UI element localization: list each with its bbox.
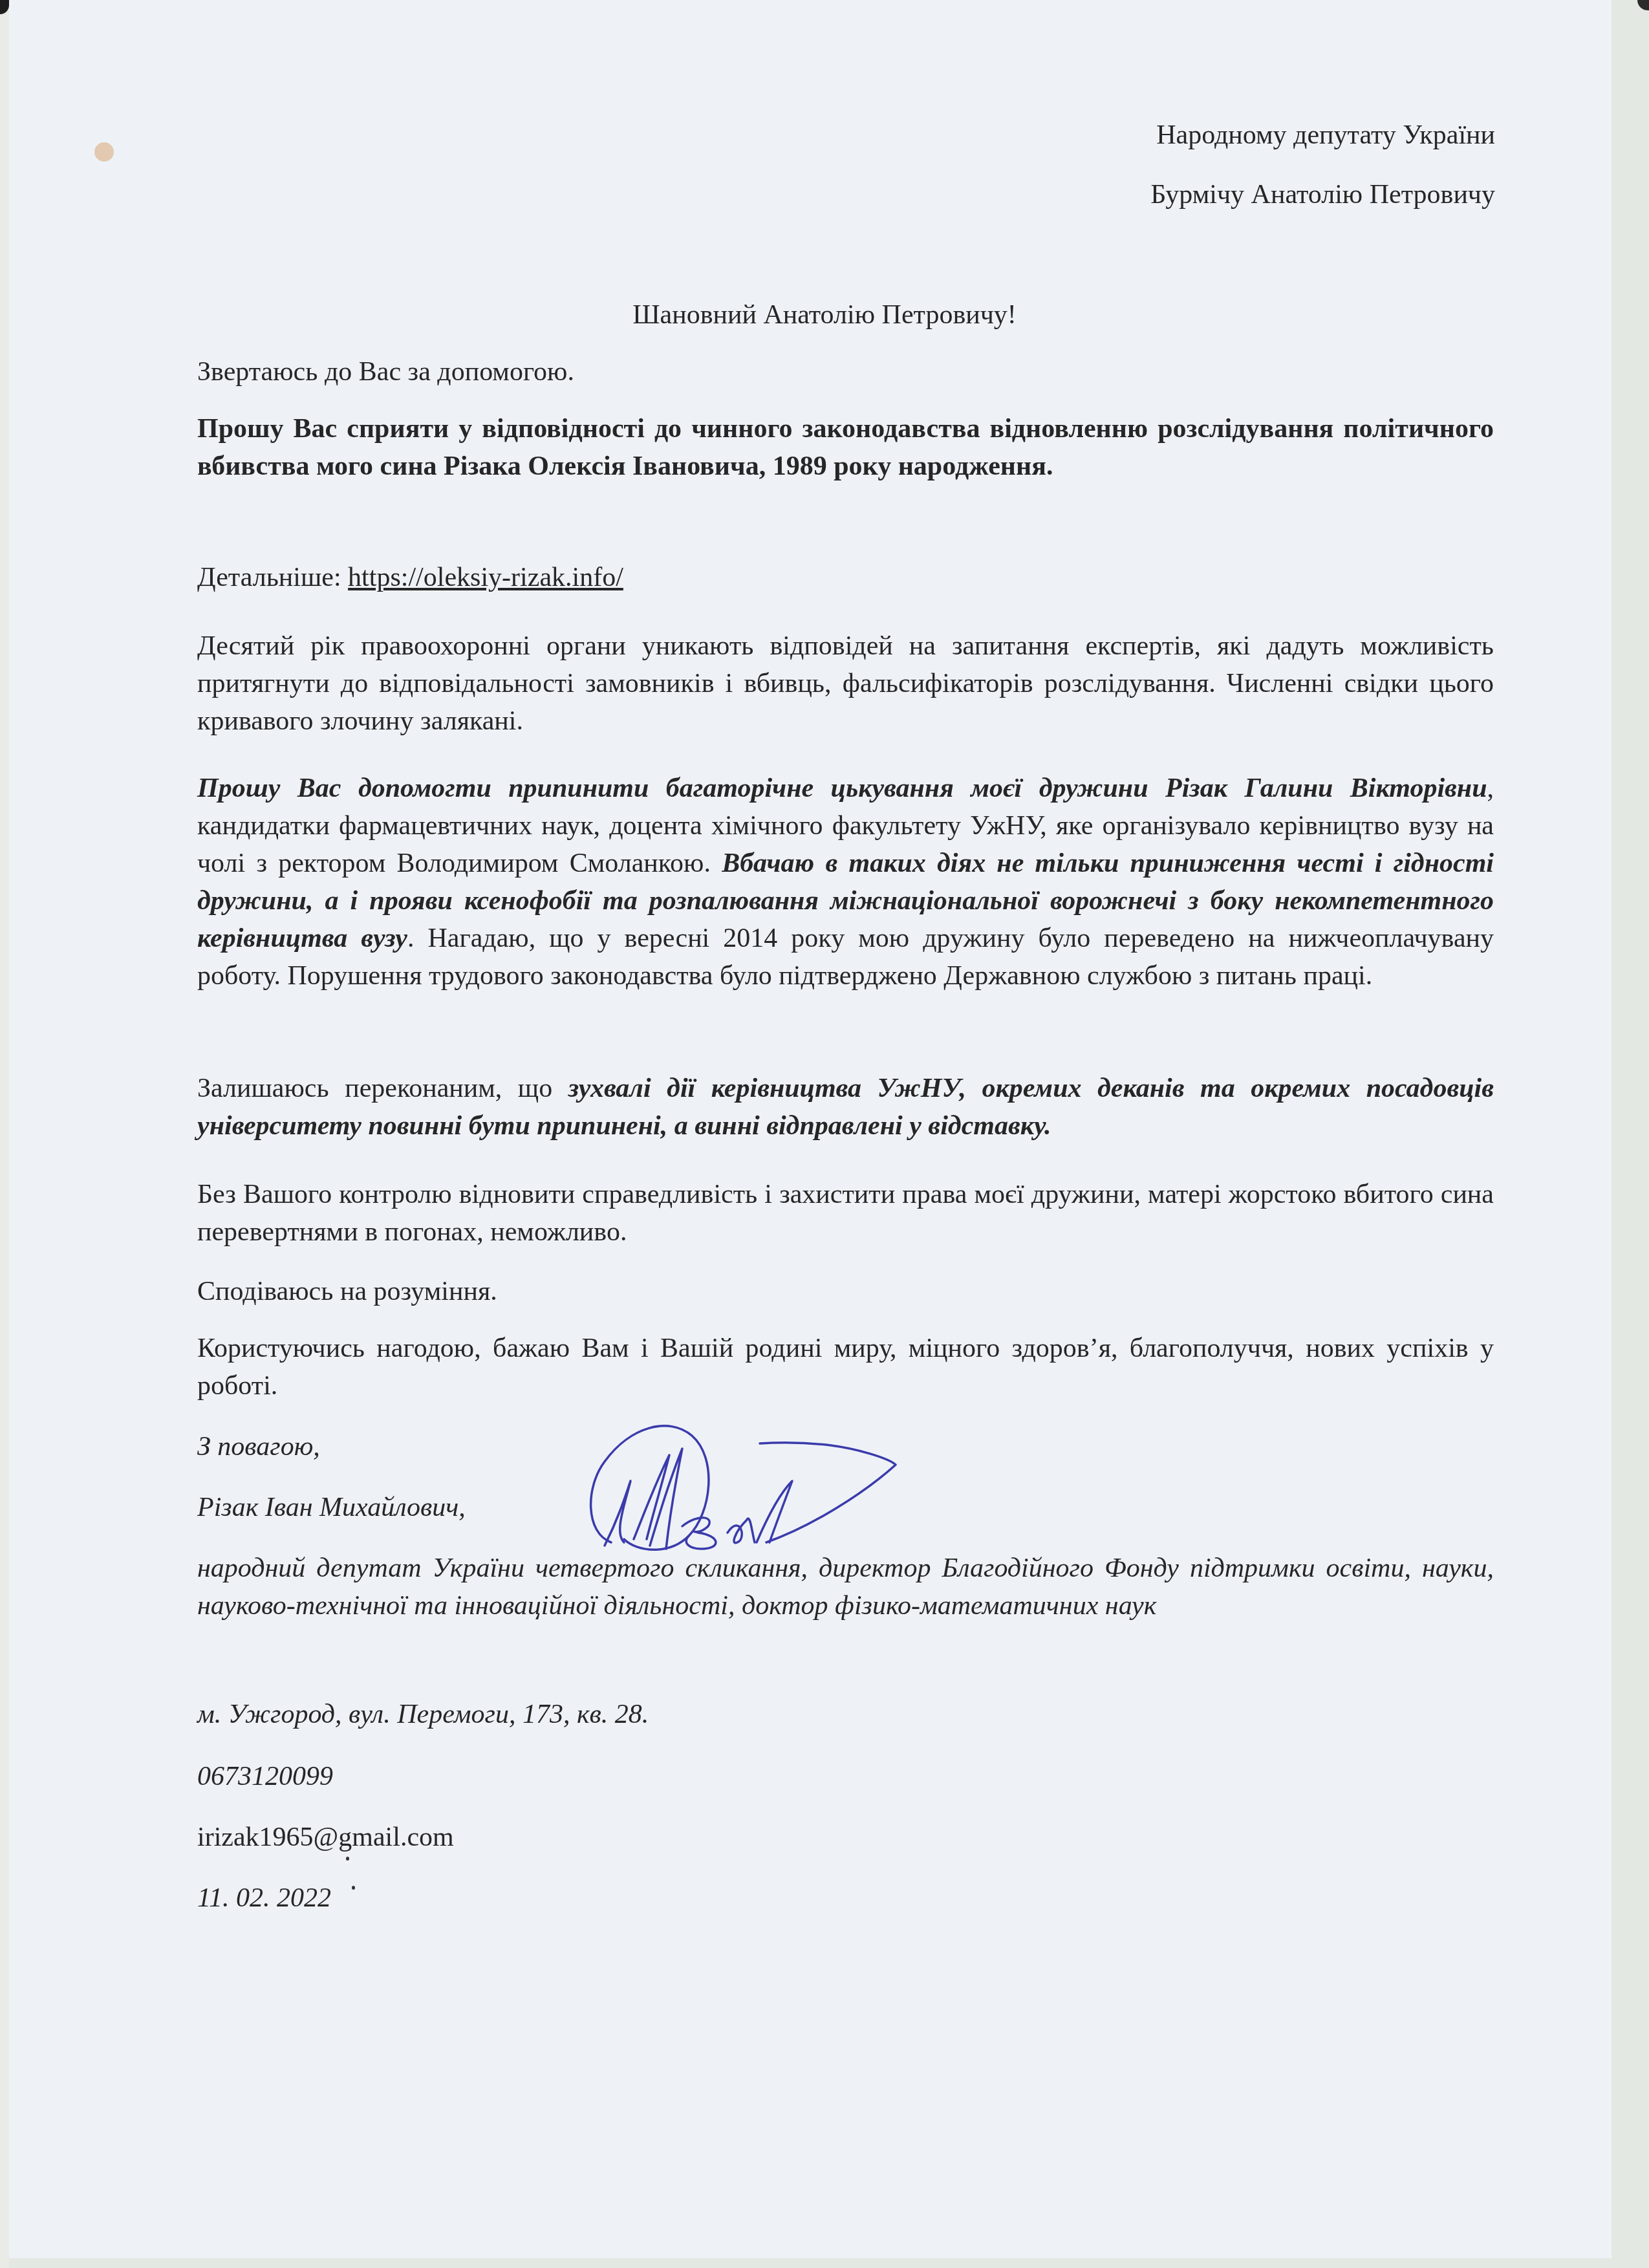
paper-speck bbox=[346, 1857, 349, 1861]
wife-request-emphasis: Прошу Вас допомогти припинити багаторічн… bbox=[197, 773, 1487, 803]
control-text: Без Вашого контролю відновити справедлив… bbox=[197, 1176, 1494, 1251]
signer-email: irizak1965@gmail.com bbox=[197, 1819, 1494, 1856]
scan-edge bbox=[0, 0, 9, 2268]
letter-body: Звертаюсь до Вас за допомогою. bbox=[197, 353, 1494, 391]
details-link[interactable]: https://oleksiy-rizak.info/ bbox=[348, 563, 623, 592]
letter-date: 11. 02. 2022 bbox=[197, 1879, 1494, 1917]
phone-block: 0673120099 bbox=[197, 1758, 1494, 1795]
address-block: м. Ужгород, вул. Перемоги, 173, кв. 28. bbox=[197, 1696, 1494, 1733]
signer-title: народний депутат України четвертого скли… bbox=[197, 1550, 1494, 1625]
paper-stain bbox=[94, 142, 114, 162]
investigation-text: Десятий рік правоохоронні органи уникают… bbox=[197, 627, 1494, 740]
control-paragraph: Без Вашого контролю відновити справедлив… bbox=[197, 1176, 1494, 1251]
addressee-line-1: Народному депутату України bbox=[1156, 116, 1495, 154]
addressee-line-2: Бурмічу Анатолію Петровичу bbox=[1150, 176, 1495, 213]
investigation-paragraph: Десятий рік правоохоронні органи уникают… bbox=[197, 627, 1494, 740]
request-paragraph: Прошу Вас сприяти у відповідності до чин… bbox=[197, 410, 1494, 485]
scan-corner-shadow bbox=[1637, 0, 1649, 10]
salutation: Шановний Анатолію Петровичу! bbox=[0, 296, 1649, 334]
hope-text: Сподіваюсь на розуміння. bbox=[197, 1273, 1494, 1310]
hope-paragraph: Сподіваюсь на розуміння. bbox=[197, 1273, 1494, 1310]
signer-title-block: народний депутат України четвертого скли… bbox=[197, 1550, 1494, 1625]
convinced-paragraph: Залишаюсь переконаним, що зухвалі дії ке… bbox=[197, 1070, 1494, 1145]
handwritten-signature bbox=[585, 1410, 1219, 1559]
convinced-text: Залишаюсь переконаним, що bbox=[197, 1074, 568, 1103]
wife-paragraph: Прошу Вас допомогти припинити багаторічн… bbox=[197, 770, 1494, 995]
wishes-text: Користуючись нагодою, бажаю Вам і Вашій … bbox=[197, 1330, 1494, 1405]
intro-paragraph: Звертаюсь до Вас за допомогою. bbox=[197, 353, 1494, 391]
details-paragraph: Детальніше: https://oleksiy-rizak.info/ bbox=[197, 559, 1494, 596]
request-text: Прошу Вас сприяти у відповідності до чин… bbox=[197, 410, 1494, 485]
details-label: Детальніше: bbox=[197, 563, 341, 592]
date-block: 11. 02. 2022 bbox=[197, 1879, 1494, 1917]
signer-phone: 0673120099 bbox=[197, 1758, 1494, 1795]
wishes-paragraph: Користуючись нагодою, бажаю Вам і Вашій … bbox=[197, 1330, 1494, 1405]
email-block: irizak1965@gmail.com bbox=[197, 1819, 1494, 1856]
signer-address: м. Ужгород, вул. Перемоги, 173, кв. 28. bbox=[197, 1696, 1494, 1733]
